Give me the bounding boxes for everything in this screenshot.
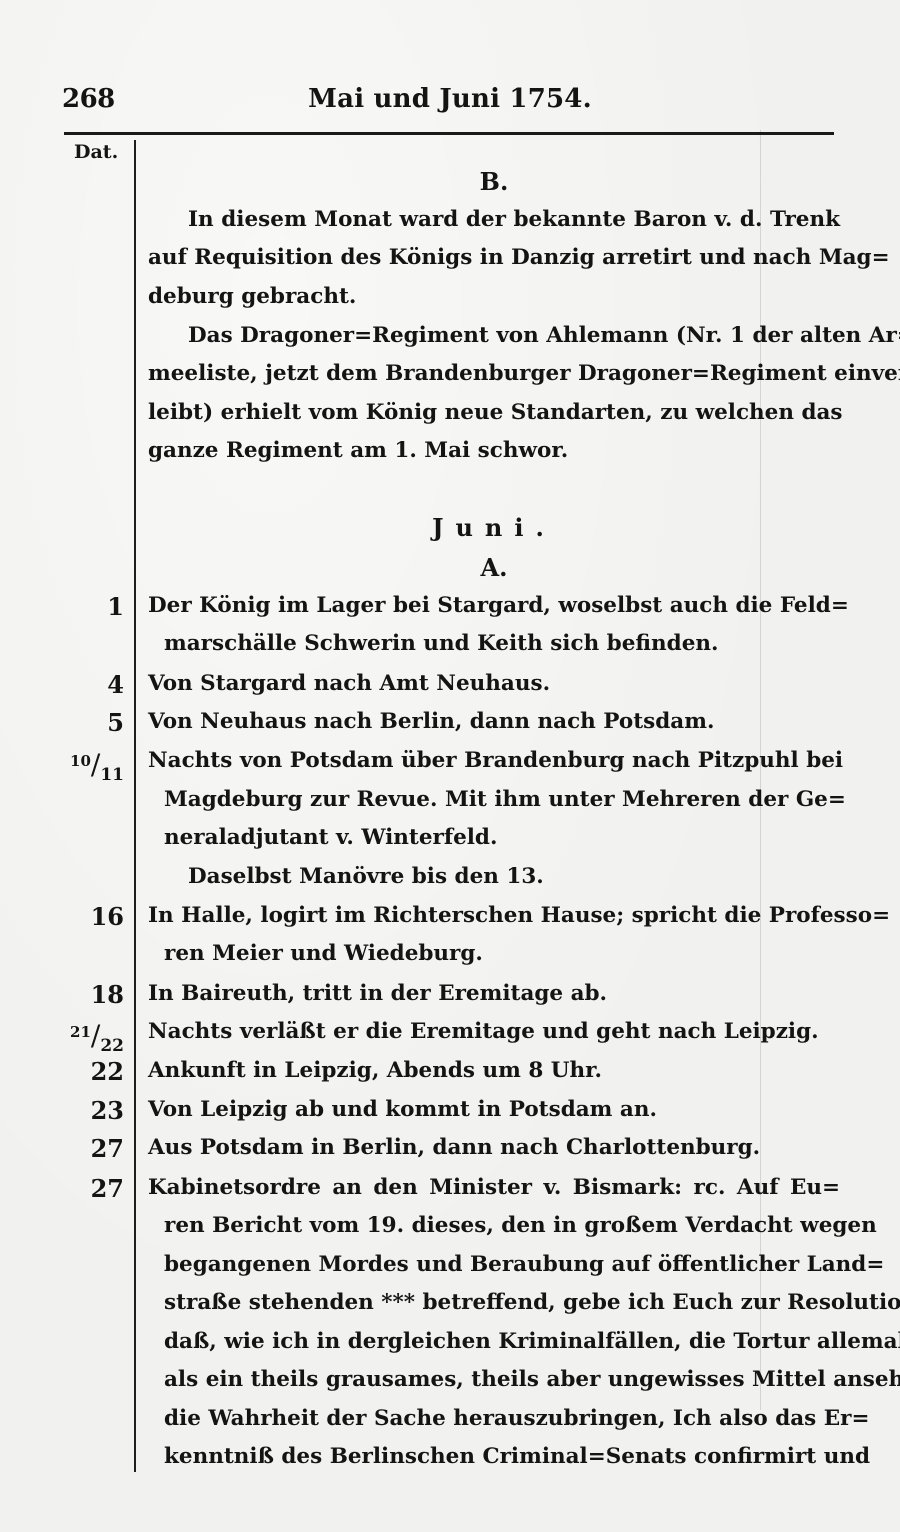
entry-date: 18 [60,980,124,1009]
entry-line: Kabinetsordre an den Minister v. Bismark… [148,1175,840,1213]
entry-date: 1 [60,592,124,621]
page-header: 268 Mai und Juni 1754. [62,84,838,118]
header-rule [64,132,834,135]
date-slash: / [91,1019,100,1052]
entry-line: ren Meier und Wiedeburg. [148,941,840,979]
date-column-header: Dat. [74,141,118,163]
entry-line: Ankunft in Leipzig, Abends um 8 Uhr. [148,1058,840,1096]
entry-line: kenntniß des Berlinschen Criminal=Senats… [148,1444,840,1482]
entry-line: In Halle, logirt im Richterschen Hause; … [148,903,840,941]
entry-line: als ein theils grausames, theils aber un… [148,1367,840,1405]
paragraph-line: ganze Regiment am 1. Mai schwor. [148,438,840,476]
running-title: Mai und Juni 1754. [62,84,838,114]
date-denominator: 11 [100,765,124,785]
entry-line: Magdeburg zur Revue. Mit ihm unter Mehre… [148,787,840,825]
entry-date-fraction: 21/22 [60,1019,124,1052]
paragraph-line: meeliste, jetzt dem Brandenburger Dragon… [148,361,840,399]
entry-line: Von Leipzig ab und kommt in Potsdam an. [148,1097,840,1135]
date-denominator: 22 [100,1036,124,1056]
section-b-heading: B. [148,167,840,196]
entry-line: daß, wie ich in dergleichen Kriminalfäll… [148,1329,840,1367]
entry-date: 5 [60,708,124,737]
entry-line: Von Stargard nach Amt Neuhaus. [148,671,840,709]
entry-line: Nachts verläßt er die Eremitage und geht… [148,1019,840,1057]
paragraph-line: leibt) erhielt vom König neue Standarten… [148,400,840,438]
paragraph-line: auf Requisition des Königs in Danzig arr… [148,245,840,283]
paragraph-line: Das Dragoner=Regiment von Ahlemann (Nr. … [148,323,840,361]
entry-line: marschälle Schwerin und Keith sich befin… [148,631,840,669]
entry-line: Von Neuhaus nach Berlin, dann nach Potsd… [148,709,840,747]
entry-line: In Baireuth, tritt in der Eremitage ab. [148,981,840,1019]
paragraph-line: deburg gebracht. [148,284,840,322]
entry-continuation: Daselbst Manövre bis den 13. [148,864,840,902]
entry-date: 27 [60,1134,124,1163]
entry-date: 27 [60,1174,124,1203]
entry-line: Nachts von Potsdam über Brandenburg nach… [148,748,840,786]
date-slash: / [91,748,100,781]
entry-line: ren Bericht vom 19. dieses, den in große… [148,1213,840,1251]
entry-date: 4 [60,670,124,699]
book-page: 268 Mai und Juni 1754. Dat. B. In diesem… [0,0,900,1532]
entry-line: Aus Potsdam in Berlin, dann nach Charlot… [148,1135,840,1173]
date-numerator: 21 [70,1023,91,1041]
date-column-rule [134,140,136,1472]
entry-date: 23 [60,1096,124,1125]
date-numerator: 10 [70,752,91,770]
entry-line: straße stehenden *** betreffend, gebe ic… [148,1290,840,1328]
entry-date: 16 [60,902,124,931]
entry-line: die Wahrheit der Sache herauszubringen, … [148,1406,840,1444]
entry-line: begangenen Mordes und Beraubung auf öffe… [148,1252,840,1290]
paragraph-line: In diesem Monat ward der bekannte Baron … [148,207,840,245]
month-heading: Juni. [148,513,840,542]
entry-date-fraction: 10/11 [60,748,124,781]
entry-line: Der König im Lager bei Stargard, woselbs… [148,593,840,631]
section-a-heading: A. [148,553,840,582]
entry-date: 22 [60,1057,124,1086]
entry-line: neraladjutant v. Winterfeld. [148,825,840,863]
